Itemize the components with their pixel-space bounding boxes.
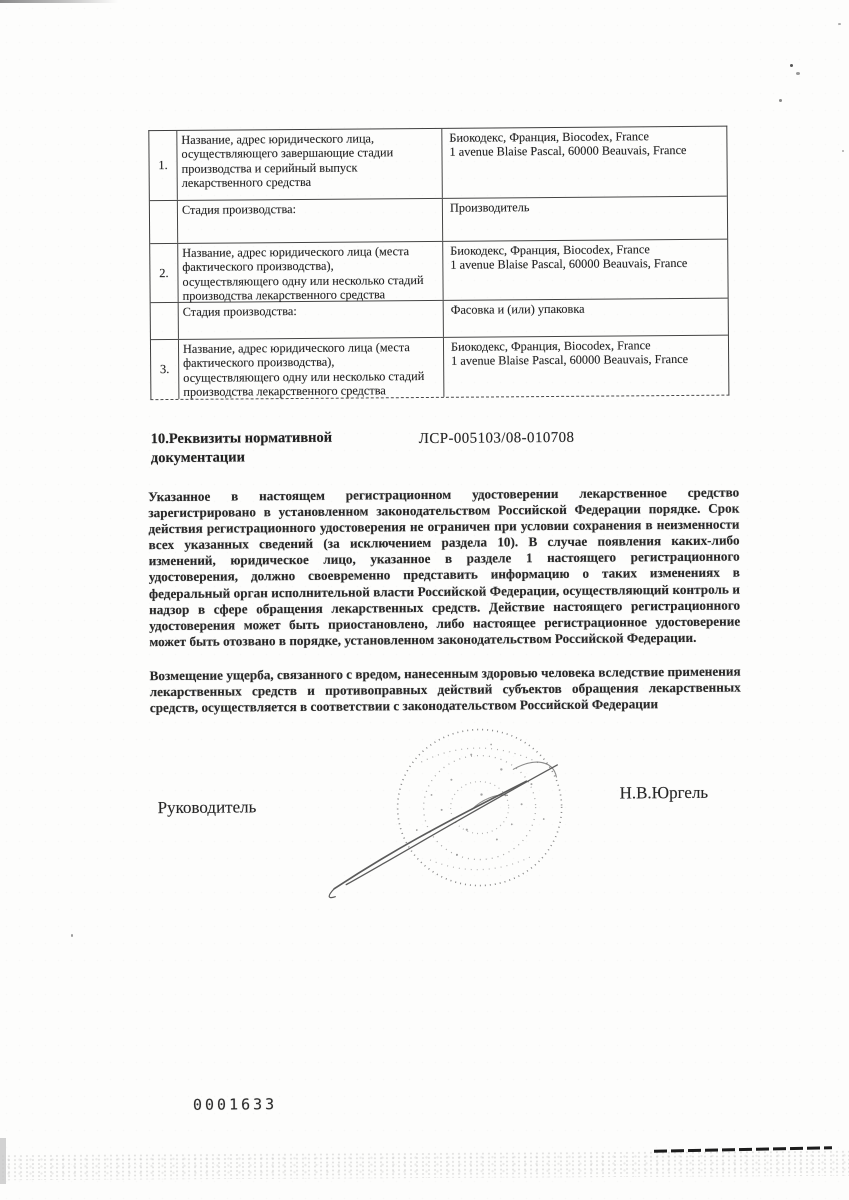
table-row: 3. Название, адрес юридического лица (ме… <box>151 335 728 400</box>
row-label: Стадия производства: <box>178 199 443 243</box>
scan-noise-band-bottom <box>0 1150 849 1180</box>
signature-role-label: Руководитель <box>158 797 257 818</box>
seal-and-signature <box>321 708 653 911</box>
row-number: 3. <box>151 340 179 399</box>
row-label: Название, адрес юридического лица (места… <box>179 338 444 399</box>
scan-tilt-wrapper: 1. Название, адрес юридического лица, ос… <box>0 0 849 1200</box>
row-value: Биокодекс, Франция, Biocodex, France 1 a… <box>443 240 727 300</box>
signature-name: Н.В.Юргель <box>619 783 708 804</box>
registration-terms-paragraph: Указанное в настоящем регистрационном уд… <box>148 485 740 651</box>
row-value: Фасовка и (или) упаковка <box>444 299 728 337</box>
table-row: 2. Название, адрес юридического лица (ме… <box>150 239 727 303</box>
row-value: Биокодекс, Франция, Biocodex, France 1 a… <box>442 127 727 198</box>
row-number: 2. <box>150 244 178 302</box>
scan-speck <box>779 99 782 102</box>
row-number <box>150 201 178 243</box>
scan-speck <box>842 150 844 152</box>
section10-registration-number: ЛСР-005103/08-010708 <box>419 430 575 448</box>
row-label: Название, адрес юридического лица (места… <box>178 242 443 302</box>
manufacturers-table: 1. Название, адрес юридического лица, ос… <box>148 126 729 401</box>
row-number: 1. <box>149 131 178 200</box>
scan-speck <box>71 934 73 937</box>
section10-heading: 10.Реквизиты нормативной документации <box>151 428 381 468</box>
scan-edge-artifact-left <box>0 1138 6 1184</box>
scan-speck <box>838 23 841 25</box>
row-label: Стадия производства: <box>179 301 444 339</box>
row-value: Производитель <box>443 197 727 241</box>
scanned-document-page: 1. Название, адрес юридического лица, ос… <box>0 0 849 1200</box>
row-number <box>151 303 179 339</box>
row-label: Название, адрес юридического лица, осуще… <box>177 129 443 200</box>
row-value: Биокодекс, Франция, Biocodex, France 1 a… <box>444 336 728 397</box>
form-serial-number: 0001633 <box>193 1095 277 1114</box>
scan-edge-artifact-top <box>0 0 118 3</box>
scan-speck <box>790 64 793 67</box>
table-row: 1. Название, адрес юридического лица, ос… <box>149 127 727 201</box>
table-row: Стадия производства: Фасовка и (или) упа… <box>151 298 728 340</box>
damage-compensation-paragraph: Возмещение ущерба, связанного с вредом, … <box>150 664 741 717</box>
scan-speck <box>796 72 800 75</box>
table-row: Стадия производства: Производитель <box>150 196 727 244</box>
